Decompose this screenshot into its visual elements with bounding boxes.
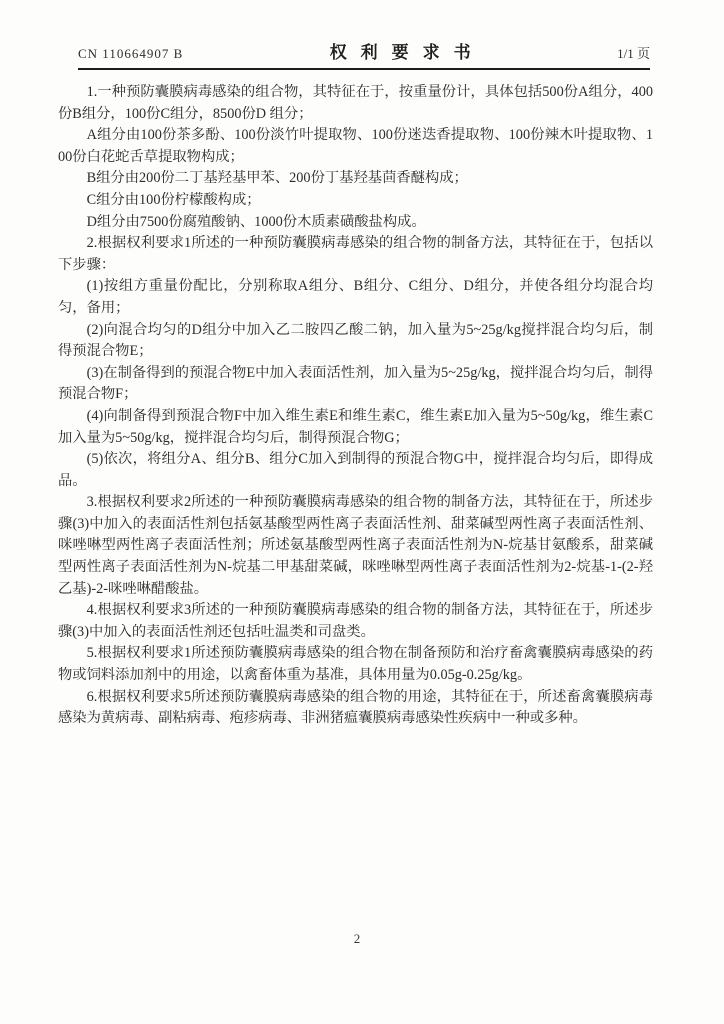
claim-paragraph: 5.根据权利要求1所述预防囊膜病毒感染的组合物在制备预防和治疗畜禽囊膜病毒感染的… xyxy=(58,643,653,686)
page-number: 2 xyxy=(354,931,361,946)
claim-paragraph: D组分由7500份腐殖酸钠、1000份木质素磺酸盐构成。 xyxy=(58,212,653,234)
claim-paragraph: (1)按组方重量份配比，分别称取A组分、B组分、C组分、D组分，并使各组分均混合… xyxy=(58,276,653,319)
claim-paragraph: 3.根据权利要求2所述的一种预防囊膜病毒感染的组合物的制备方法，其特征在于，所述… xyxy=(58,492,653,600)
claim-paragraph: 1.一种预防囊膜病毒感染的组合物，其特征在于，按重量份计，具体包括500份A组分… xyxy=(58,82,653,125)
claim-paragraph: (4)向制备得到预混合物F中加入维生素E和维生素C，维生素E加入量为5~50g/… xyxy=(58,406,653,449)
claim-paragraph: A组分由100份茶多酚、100份淡竹叶提取物、100份迷迭香提取物、100份辣木… xyxy=(58,125,653,168)
page-footer: 2 xyxy=(0,930,714,948)
page-header: CN 110664907 B 权利要求书 1/1 页 xyxy=(78,38,650,70)
claim-paragraph: (2)向混合均匀的D组分中加入乙二胺四乙酸二钠，加入量为5~25g/kg搅拌混合… xyxy=(58,320,653,363)
claim-paragraph: 6.根据权利要求5所述预防囊膜病毒感染的组合物的用途，其特征在于，所述畜禽囊膜病… xyxy=(58,687,653,730)
claim-paragraph: (5)依次，将组分A、组分B、组分C加入到制得的预混合物G中，搅拌混合均匀后，即… xyxy=(58,449,653,492)
page-indicator: 1/1 页 xyxy=(617,43,650,62)
document-title: 权利要求书 xyxy=(316,38,485,63)
claim-paragraph: 2.根据权利要求1所述的一种预防囊膜病毒感染的组合物的制备方法，其特征在于，包括… xyxy=(58,233,653,276)
claim-paragraph: (3)在制备得到的预混合物E中加入表面活性剂，加入量为5~25g/kg，搅拌混合… xyxy=(58,363,653,406)
claim-paragraph: B组分由200份二丁基羟基甲苯、200份丁基羟基茴香醚构成； xyxy=(58,168,653,190)
claim-paragraph: 4.根据权利要求3所述的一种预防囊膜病毒感染的组合物的制备方法，其特征在于，所述… xyxy=(58,600,653,643)
document-number: CN 110664907 B xyxy=(78,46,183,62)
claims-section: 1.一种预防囊膜病毒感染的组合物，其特征在于，按重量份计，具体包括500份A组分… xyxy=(58,82,653,730)
patent-claims-page: CN 110664907 B 权利要求书 1/1 页 1.一种预防囊膜病毒感染的… xyxy=(0,0,724,1024)
claim-paragraph: C组分由100份柠檬酸构成； xyxy=(58,190,653,212)
